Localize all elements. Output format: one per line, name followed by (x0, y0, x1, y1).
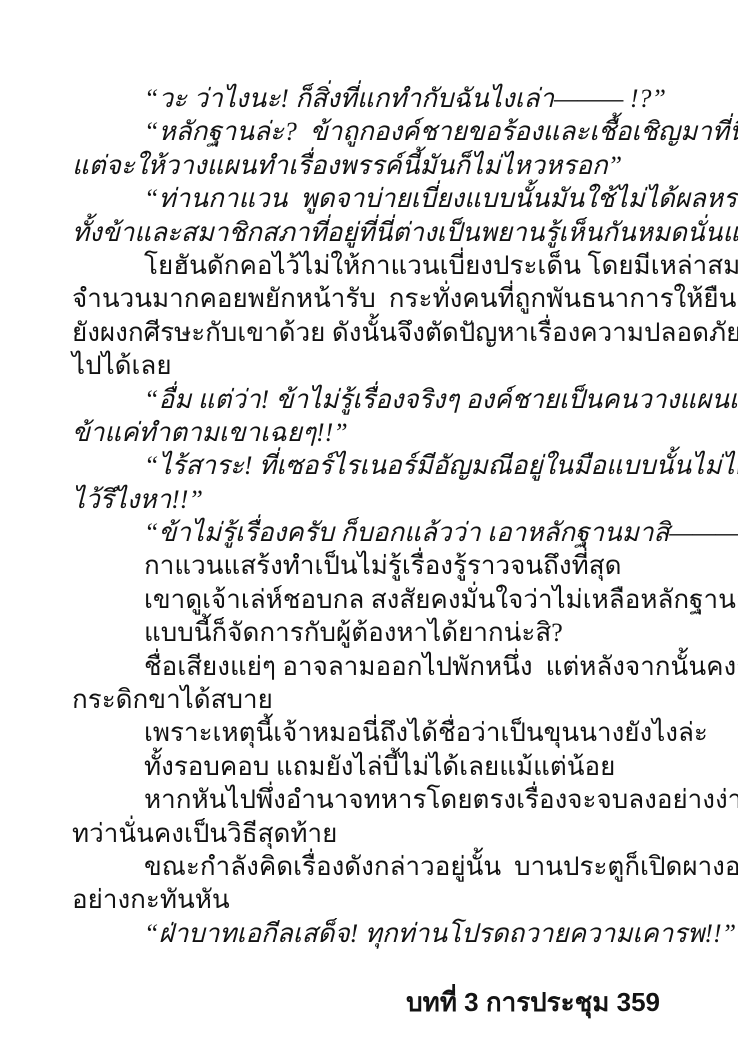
text-line: แต่จะให้วางแผนทำเรื่องพรรค์นี้มันก็ไม่ไห… (72, 149, 668, 182)
text-line: “หลักฐานล่ะ? ข้าถูกองค์ชายขอร้องและเชื้อ… (72, 115, 668, 148)
text-line: ข้าแค่ทำตามเขาเฉยๆ!!” (72, 416, 668, 449)
text-line: ขณะกำลังคิดเรื่องดังกล่าวอยู่นั้น บานประ… (72, 850, 668, 883)
text-line: ไปได้เลย (72, 349, 668, 382)
text-line: เพราะเหตุนี้เจ้าหมอนี่ถึงได้ชื่อว่าเป็นข… (72, 716, 668, 749)
chapter-page-label: บทที่ 3 การประชุม 359 (406, 987, 660, 1017)
page-text: “วะ ว่าไงนะ! ก็สิ่งที่แกทำกับฉันไงเล่า——… (72, 82, 668, 950)
text-line: ทั้งข้าและสมาชิกสภาที่อยู่ที่นี่ต่างเป็น… (72, 216, 668, 249)
text-line: “ข้าไม่รู้เรื่องครับ ก็บอกแล้วว่า เอาหลั… (72, 516, 668, 549)
text-line: หากหันไปพึ่งอำนาจทหารโดยตรงเรื่องจะจบลงอ… (72, 783, 668, 816)
text-line: ชื่อเสียงแย่ๆ อาจลามออกไปพักหนึ่ง แต่หลั… (72, 650, 668, 683)
text-line: แบบนี้ก็จัดการกับผู้ต้องหาได้ยากน่ะสิ? (72, 616, 668, 649)
book-page: “วะ ว่าไงนะ! ก็สิ่งที่แกทำกับฉันไงเล่า——… (0, 0, 738, 1051)
text-line: โยฮันดักคอไว้ไม่ให้กาแวนเบี่ยงประเด็น โด… (72, 249, 668, 282)
text-line: ทั้งรอบคอบ แถมยังไล่บี้ไม่ได้เลยแม้แต่น้… (72, 750, 668, 783)
text-line: เขาดูเจ้าเล่ห์ชอบกล สงสัยคงมั่นใจว่าไม่เ… (72, 583, 668, 616)
text-line: อย่างกะทันหัน (72, 883, 668, 916)
text-line: ทว่านั่นคงเป็นวิธีสุดท้าย (72, 817, 668, 850)
page-footer: บทที่ 3 การประชุม 359 (377, 951, 660, 1051)
text-line: “ท่านกาแวน พูดจาบ่ายเบี่ยงแบบนั้นมันใช้ไ… (72, 182, 668, 215)
text-line: ยังผงกศีรษะกับเขาด้วย ดังนั้นจึงตัดปัญหา… (72, 316, 668, 349)
text-line: กาแวนแสร้งทำเป็นไม่รู้เรื่องรู้ราวจนถึงท… (72, 549, 668, 582)
text-line: กระดิกขาได้สบาย (72, 683, 668, 716)
text-line: “วะ ว่าไงนะ! ก็สิ่งที่แกทำกับฉันไงเล่า——… (72, 82, 668, 115)
text-line: “ไร้สาระ! ที่เซอร์ไรเนอร์มีอัญมณีอยู่ในม… (72, 449, 668, 482)
text-line: จำนวนมากคอยพยักหน้ารับ กระทั่งคนที่ถูกพั… (72, 282, 668, 315)
text-line: “ฝ่าบาทเอกีลเสด็จ! ทุกท่านโปรดถวายความเค… (72, 917, 668, 950)
text-line: ไว้รึไงหา!!” (72, 483, 668, 516)
text-line: “อื่ม แต่ว่า! ข้าไม่รู้เรื่องจริงๆ องค์ช… (72, 383, 668, 416)
